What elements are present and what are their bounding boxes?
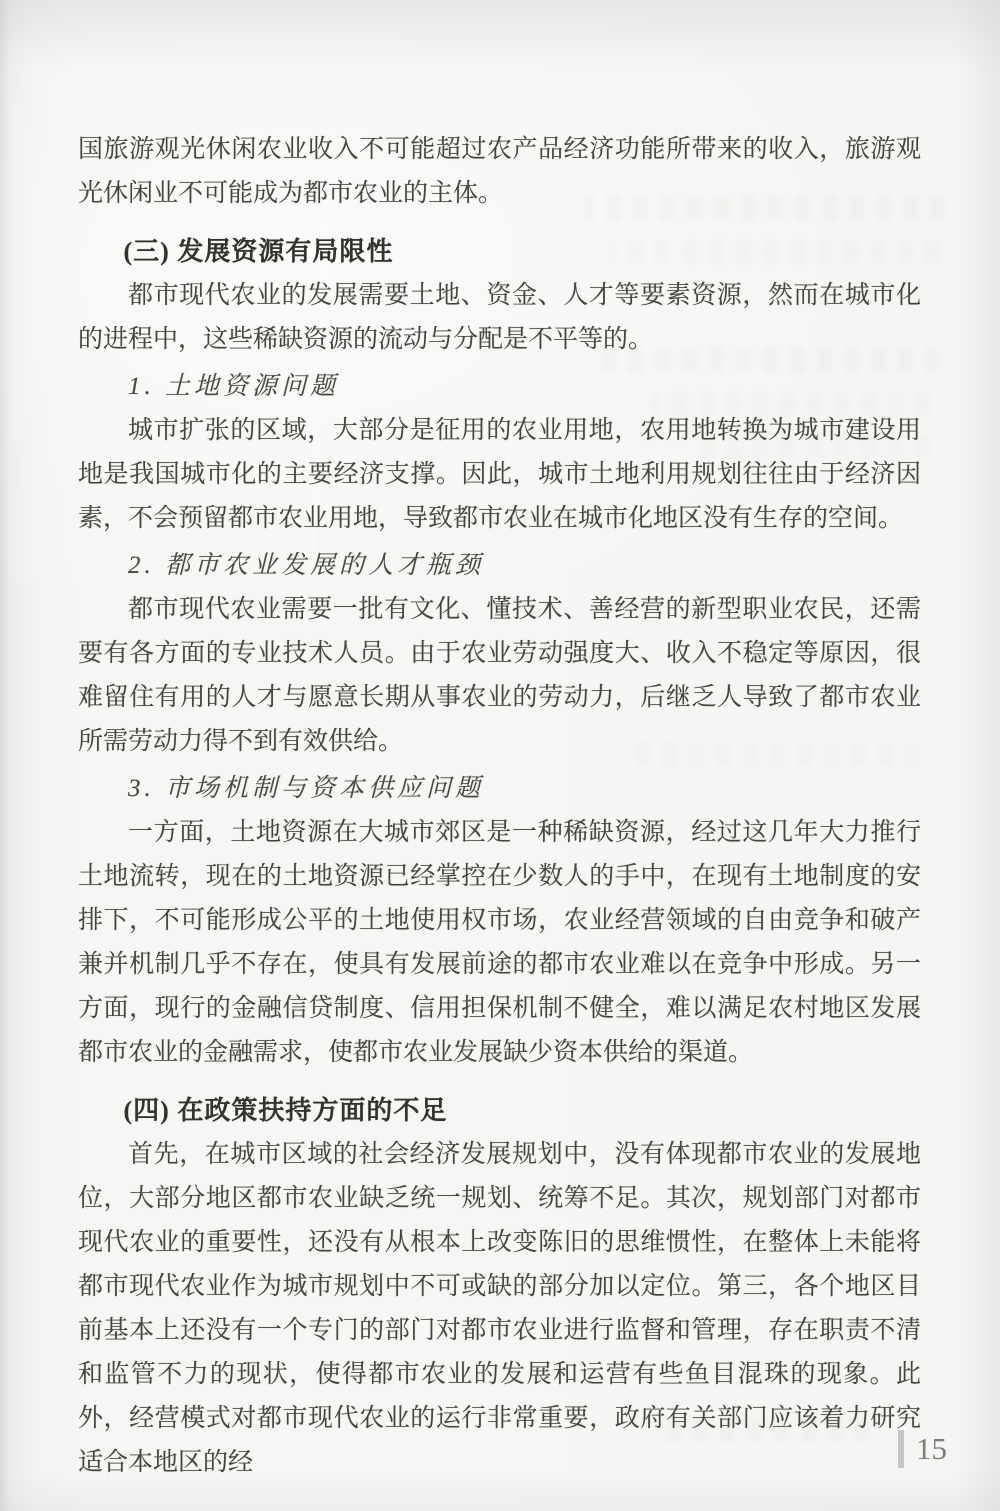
book-page: 国旅游观光休闲农业收入不可能超过农产品经济功能所带来的收入，旅游观光休闲业不可能… (0, 0, 1000, 1511)
subsection-heading: 3. 市场机制与资本供应问题 (78, 767, 921, 811)
scan-edge-right-shadow (954, 0, 1000, 1511)
paragraph: 都市现代农业需要一批有文化、懂技术、善经营的新型职业农民，还需要有各方面的专业技… (78, 588, 921, 764)
page-number-divider (898, 1430, 904, 1468)
subsection-heading: 2. 都市农业发展的人才瓶颈 (78, 544, 921, 588)
page-text-block: 国旅游观光休闲农业收入不可能超过农产品经济功能所带来的收入，旅游观光休闲业不可能… (78, 128, 921, 1485)
paragraph-continuation: 国旅游观光休闲农业收入不可能超过农产品经济功能所带来的收入，旅游观光休闲业不可能… (78, 128, 921, 216)
scan-edge-top-shadow (0, 0, 1000, 70)
page-number: 15 (916, 1431, 947, 1467)
subsection-heading: 1. 土地资源问题 (78, 365, 921, 409)
paragraph: 一方面，土地资源在大城市郊区是一种稀缺资源，经过这几年大力推行土地流转，现在的土… (78, 811, 921, 1075)
paragraph: 都市现代农业的发展需要土地、资金、人才等要素资源，然而在城市化的进程中，这些稀缺… (78, 274, 921, 362)
section-heading: (三) 发展资源有局限性 (78, 230, 921, 274)
paragraph: 城市扩张的区域，大部分是征用的农业用地，农用地转换为城市建设用地是我国城市化的主… (78, 409, 921, 541)
paragraph: 首先，在城市区域的社会经济发展规划中，没有体现都市农业的发展地位，大部分地区都市… (78, 1133, 921, 1485)
section-heading: (四) 在政策扶持方面的不足 (78, 1089, 921, 1133)
page-number-area: 15 (898, 1430, 947, 1468)
